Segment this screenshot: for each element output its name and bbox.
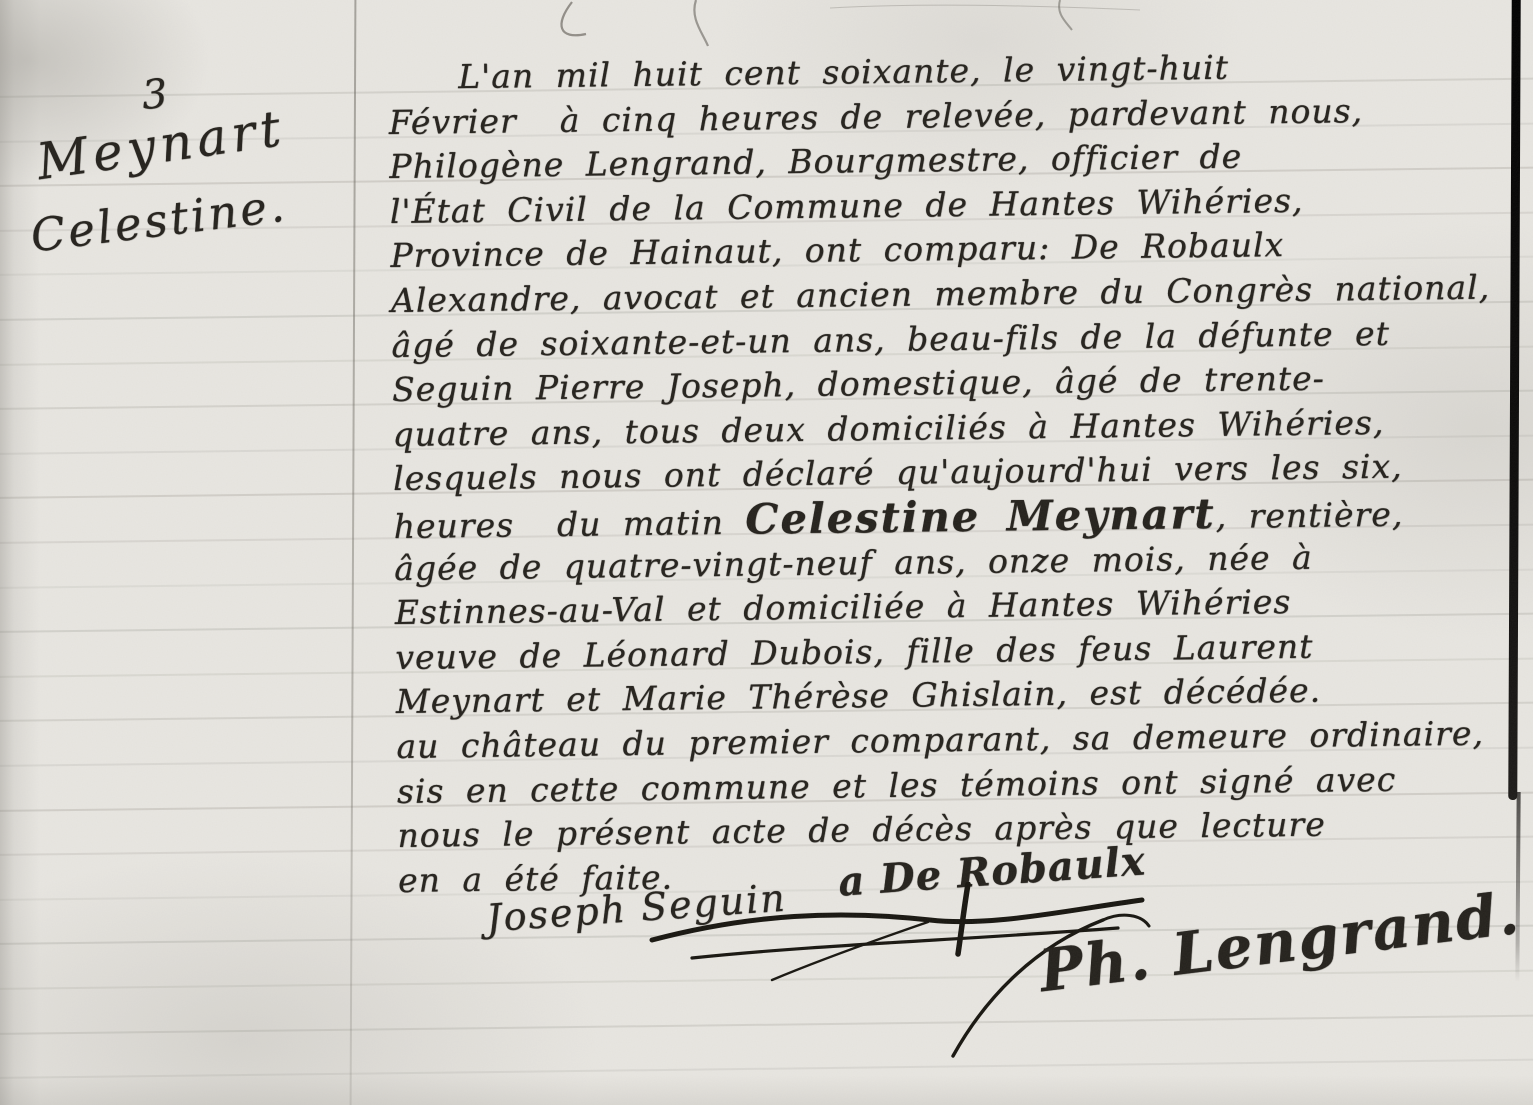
previous-entry-stroke-remnants [500, 0, 1200, 52]
page-binding-edge-tail [1515, 792, 1520, 982]
record-number: 3 [140, 71, 169, 119]
scanned-death-record-page: 3 Meynart Celestine. L'an mil huit cent … [0, 0, 1533, 1105]
margin-rule-line [350, 0, 356, 1105]
ruled-line [0, 1059, 1533, 1079]
act-body-text: L'an mil huit cent soixante, le vingt-hu… [388, 42, 1533, 903]
signature-ph-lengrand: Ph. Lengrand. [1036, 879, 1524, 1005]
ruled-line [0, 1014, 1533, 1034]
deceased-name: Celestine Meynart [745, 489, 1216, 544]
margin-given-name: Celestine. [28, 179, 290, 263]
